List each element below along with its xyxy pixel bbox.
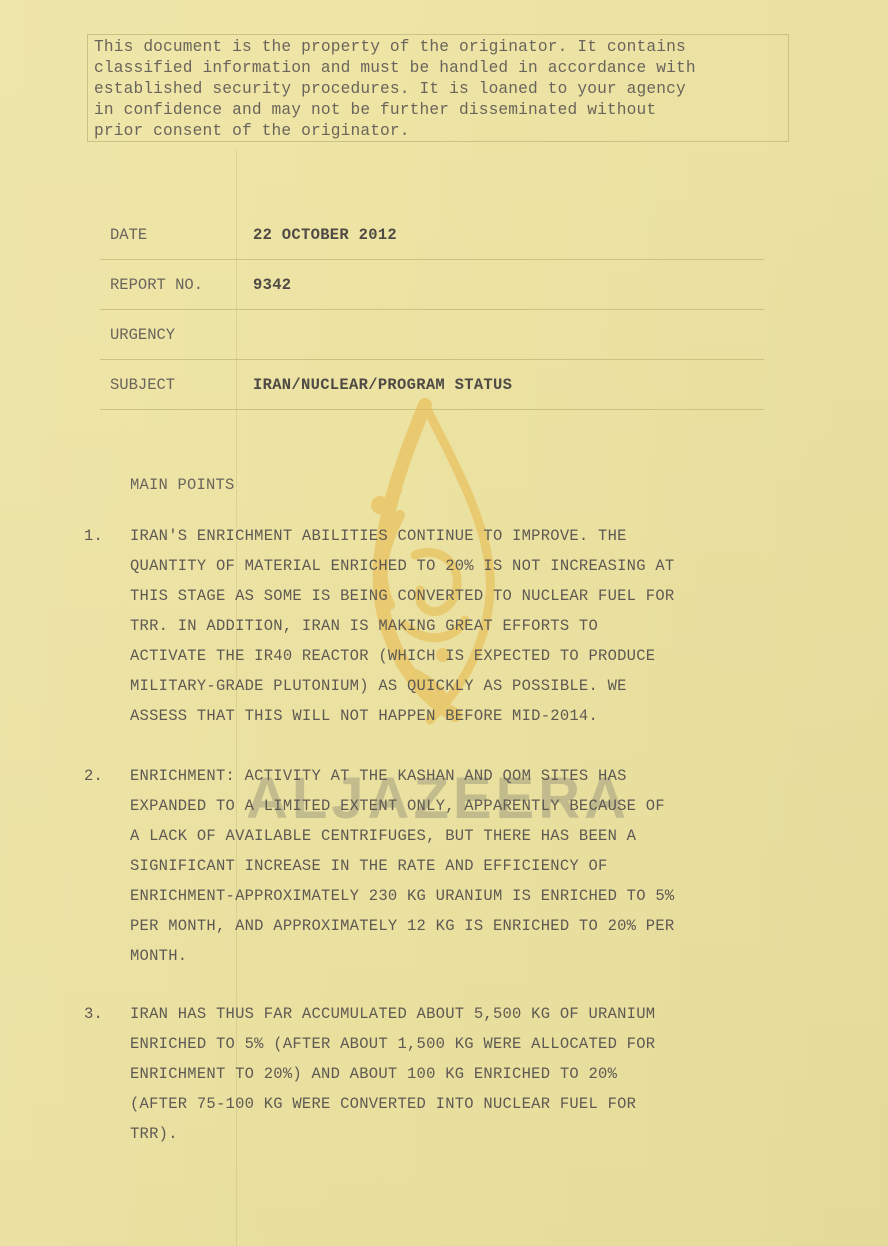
disclaimer-line: in confidence and may not be further dis… [94,100,782,121]
point-line: TRR). [130,1119,784,1149]
subject-row: SUBJECT IRAN/NUCLEAR/PROGRAM STATUS [100,360,764,410]
subject-label: SUBJECT [100,376,253,394]
point-line: ENRICHMENT-APPROXIMATELY 230 KG URANIUM … [130,881,784,911]
point-line: THIS STAGE AS SOME IS BEING CONVERTED TO… [130,581,784,611]
point-line: IRAN'S ENRICHMENT ABILITIES CONTINUE TO … [130,521,784,551]
report-header-table: DATE 22 OCTOBER 2012 REPORT NO. 9342 URG… [100,210,764,410]
date-value: 22 OCTOBER 2012 [253,226,397,244]
urgency-label: URGENCY [100,326,253,344]
point-line: EXPANDED TO A LIMITED EXTENT ONLY, APPAR… [130,791,784,821]
point-line: IRAN HAS THUS FAR ACCUMULATED ABOUT 5,50… [130,999,784,1029]
main-point-item: 1. IRAN'S ENRICHMENT ABILITIES CONTINUE … [84,521,784,731]
point-line: PER MONTH, AND APPROXIMATELY 12 KG IS EN… [130,911,784,941]
point-line: ENRICHMENT: ACTIVITY AT THE KASHAN AND Q… [130,761,784,791]
point-line: QUANTITY OF MATERIAL ENRICHED TO 20% IS … [130,551,784,581]
main-points-heading: MAIN POINTS [130,476,235,494]
main-point-item: 2. ENRICHMENT: ACTIVITY AT THE KASHAN AN… [84,761,784,971]
point-line: TRR. IN ADDITION, IRAN IS MAKING GREAT E… [130,611,784,641]
disclaimer-line: classified information and must be handl… [94,58,782,79]
report-number-row: REPORT NO. 9342 [100,260,764,310]
disclaimer-line: This document is the property of the ori… [94,37,782,58]
point-text: ENRICHMENT: ACTIVITY AT THE KASHAN AND Q… [130,761,784,971]
disclaimer-line: prior consent of the originator. [94,121,782,142]
point-line: ACTIVATE THE IR40 REACTOR (WHICH IS EXPE… [130,641,784,671]
report-number-label: REPORT NO. [100,276,253,294]
point-line: ENRICHMENT TO 20%) AND ABOUT 100 KG ENRI… [130,1059,784,1089]
point-line: (AFTER 75-100 KG WERE CONVERTED INTO NUC… [130,1089,784,1119]
point-line: A LACK OF AVAILABLE CENTRIFUGES, BUT THE… [130,821,784,851]
disclaimer-line: established security procedures. It is l… [94,79,782,100]
classification-disclaimer: This document is the property of the ori… [87,34,789,142]
point-line: MONTH. [130,941,784,971]
urgency-row: URGENCY [100,310,764,360]
point-number: 3. [84,999,130,1149]
point-line: ENRICHED TO 5% (AFTER ABOUT 1,500 KG WER… [130,1029,784,1059]
subject-value: IRAN/NUCLEAR/PROGRAM STATUS [253,376,512,394]
point-line: SIGNIFICANT INCREASE IN THE RATE AND EFF… [130,851,784,881]
main-point-item: 3. IRAN HAS THUS FAR ACCUMULATED ABOUT 5… [84,999,784,1149]
point-number: 2. [84,761,130,971]
point-text: IRAN'S ENRICHMENT ABILITIES CONTINUE TO … [130,521,784,731]
point-number: 1. [84,521,130,731]
report-number-value: 9342 [253,276,291,294]
date-label: DATE [100,226,253,244]
point-line: ASSESS THAT THIS WILL NOT HAPPEN BEFORE … [130,701,784,731]
point-line: MILITARY-GRADE PLUTONIUM) AS QUICKLY AS … [130,671,784,701]
point-text: IRAN HAS THUS FAR ACCUMULATED ABOUT 5,50… [130,999,784,1149]
date-row: DATE 22 OCTOBER 2012 [100,210,764,260]
